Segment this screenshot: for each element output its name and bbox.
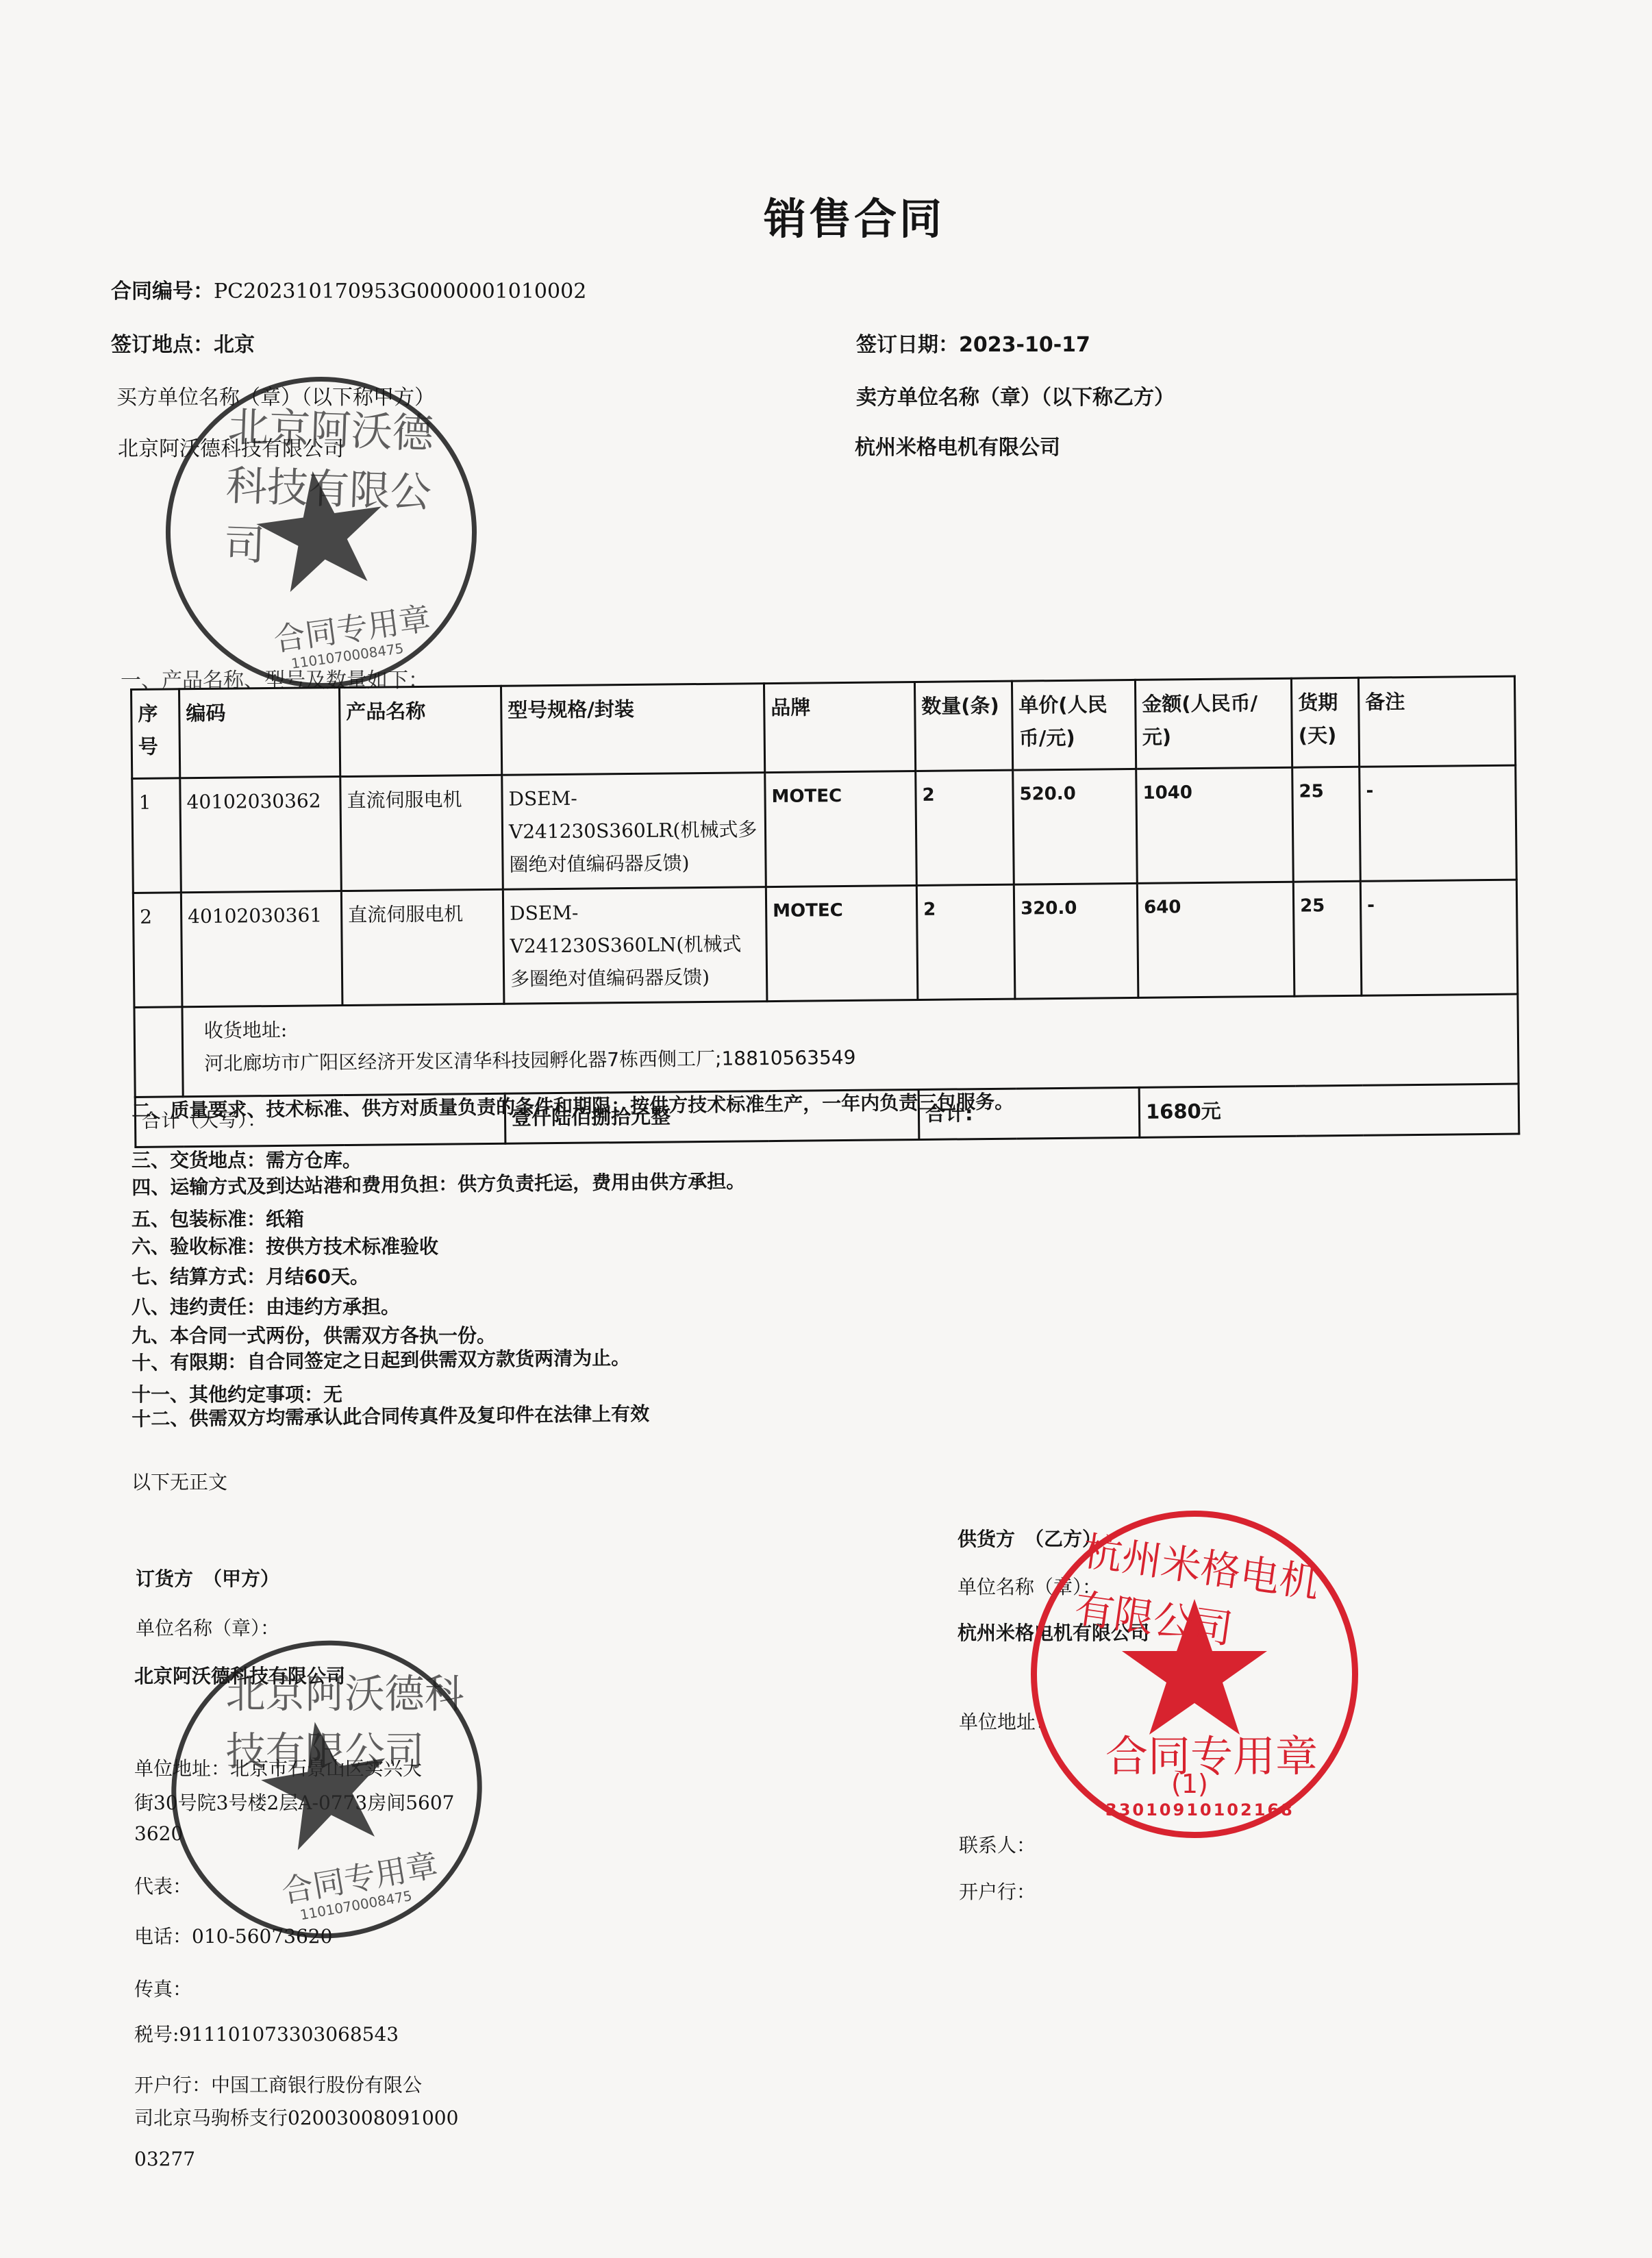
buyer-company-seal-bottom: 北京阿沃德科技有限公司 合同专用章 1101070008475 [148, 1616, 505, 1963]
seller-seal-code: 3301091010216​8 [1105, 1800, 1294, 1820]
col-header-qty: 数量(条) [914, 681, 1012, 771]
cell-brand: MOTEC [766, 885, 918, 1001]
clause-7: 七、结算方式：月结60天。 [132, 1262, 369, 1289]
cell-qty: 2 [916, 770, 1014, 885]
delivery-address-cell: 收货地址: 河北廊坊市广阳区经济开发区清华科技园孵化器7栋西侧工厂;188105… [182, 994, 1518, 1097]
contract-number-label: 合同编号： [111, 280, 214, 303]
cell-code: 40102030362 [180, 777, 342, 893]
buyer-bank-label: 开户行： [134, 2074, 211, 2096]
cell-unit-price: 320.0 [1014, 883, 1138, 999]
buyer-tax: 税号:911101073303068543 [134, 2020, 399, 2047]
product-table: 序号 编码 产品名称 型号规格/封装 品牌 数量(条) 单价(人民币/元) 金额… [130, 675, 1518, 1148]
table-header-row: 序号 编码 产品名称 型号规格/封装 品牌 数量(条) 单价(人民币/元) 金额… [132, 676, 1516, 778]
clause-3: 三、交货地点：需方仓库。 [132, 1145, 362, 1173]
col-header-remark: 备注 [1358, 676, 1515, 767]
cell-no: 2 [133, 893, 182, 1008]
cell-code: 40102030361 [181, 891, 342, 1007]
cell-model: DSEM-V241230S360LR(机械式多圈绝对值编码器反馈) [502, 773, 766, 890]
col-header-brand: 品牌 [764, 682, 915, 773]
buyer-phone-label: 电话： [134, 1925, 192, 1948]
cell-brand: MOTEC [765, 771, 917, 886]
seller-company-seal: 杭州米格电机有限公司 合同专用章 (1) 3301091010216​8 [1031, 1511, 1358, 1838]
contract-number: 合同编号：PC202310170953G0000001010002 [111, 274, 586, 304]
seller-name: 杭州米格电机有限公司 [855, 430, 1060, 460]
cell-lead-time: 25 [1293, 881, 1362, 996]
col-header-code: 编码 [179, 688, 340, 778]
cell-name: 直流伺服电机 [340, 775, 503, 891]
sign-date-label: 签订日期： [856, 333, 959, 357]
sign-place: 签订地点：北京 [111, 327, 255, 358]
seller-seal-index: (1) [1171, 1769, 1208, 1799]
cell-amount: 640 [1137, 882, 1294, 997]
col-header-model: 型号规格/封装 [501, 684, 764, 776]
seller-seal-purpose: 合同专用章 [1105, 1722, 1318, 1783]
sign-place-label: 签订地点： [111, 333, 214, 357]
clause-5: 五、包装标准：纸箱 [132, 1204, 304, 1232]
seller-contact-label: 联系人： [959, 1831, 1036, 1858]
clause-10: 十、有限期：自合同签定之日起到供需双方款货两清为止。 [132, 1343, 630, 1376]
sign-place-value: 北京 [214, 333, 255, 357]
cell-unit-price: 520.0 [1013, 769, 1138, 884]
cell-amount: 1040 [1136, 767, 1294, 883]
buyer-fax-label: 传真： [134, 1974, 192, 2002]
clause-12: 十二、供需双方均需承认此合同传真件及复印件在法律上有效 [132, 1399, 649, 1432]
buyer-name-label: 单位名称（章）： [136, 1613, 279, 1641]
col-header-amount: 金额(人民币/元) [1135, 678, 1292, 769]
seller-label: 卖方单位名称（章）（以下称乙方） [856, 380, 1175, 410]
seller-bank-label: 开户行： [959, 1877, 1036, 1905]
cell-model: DSEM-V241230S360LN(机械式多圈绝对值编码器反馈) [503, 887, 767, 1004]
table-row: 2 40102030361 直流伺服电机 DSEM-V241230S360LN(… [133, 880, 1518, 1007]
clause-4: 四、运输方式及到达站港和费用负担：供方负责托运，费用由供方承担。 [132, 1167, 745, 1200]
buyer-block-heading: 订货方 （甲方） [136, 1564, 279, 1591]
buyer-bank: 开户行：中国工商银行股份有限公 [134, 2070, 422, 2098]
buyer-bank-line1: 中国工商银行股份有限公 [211, 2074, 422, 2096]
col-header-unit-price: 单价(人民币/元) [1012, 680, 1136, 770]
clause-8: 八、违约责任：由违约方承担。 [132, 1292, 400, 1319]
cell-remark: - [1360, 765, 1517, 881]
delivery-address-row: 收货地址: 河北廊坊市广阳区经济开发区清华科技园孵化器7栋西侧工厂;188105… [134, 994, 1518, 1097]
buyer-bank-line2: 司北京马驹桥支行02003008091000 [134, 2103, 458, 2131]
total-value: 1680元 [1139, 1084, 1519, 1137]
buyer-bank-line3: 03277 [134, 2148, 195, 2170]
buyer-seal-company: 北京阿沃德科技有限公司 [223, 394, 469, 579]
cell-lead-time: 25 [1292, 767, 1361, 882]
col-header-lead-time: 货期(天) [1291, 678, 1359, 767]
clause-6: 六、验收标准：按供方技术标准验收 [132, 1232, 438, 1259]
buyer-company-seal-top: 北京阿沃德科技有限公司 合同专用章 1101070008475 [146, 357, 497, 708]
table-row: 1 40102030362 直流伺服电机 DSEM-V241230S360LR(… [132, 765, 1517, 893]
clause-9: 九、本合同一式两份，供需双方各执一份。 [132, 1321, 496, 1348]
cell-name: 直流伺服电机 [341, 889, 504, 1005]
cell-remark: - [1360, 880, 1518, 995]
document-title: 销售合同 [764, 185, 944, 246]
end-note: 以下无正文 [132, 1467, 227, 1495]
sign-date-value: 2023-10-17 [959, 333, 1090, 357]
col-header-name: 产品名称 [340, 686, 502, 776]
buyer-rep-label: 代表： [134, 1872, 192, 1899]
cell-qty: 2 [916, 884, 1015, 1000]
buyer-tax-label: 税号: [134, 2023, 179, 2046]
sign-date: 签订日期：2023-10-17 [856, 327, 1090, 358]
cell-no: 1 [132, 778, 182, 893]
col-header-no: 序号 [132, 689, 180, 779]
buyer-tax-value: 911101073303068543 [179, 2023, 399, 2046]
contract-number-value: PC202310170953G0000001010002 [214, 280, 586, 303]
buyer-seal-company: 北京阿沃德科技有限公司 [226, 1662, 466, 1777]
